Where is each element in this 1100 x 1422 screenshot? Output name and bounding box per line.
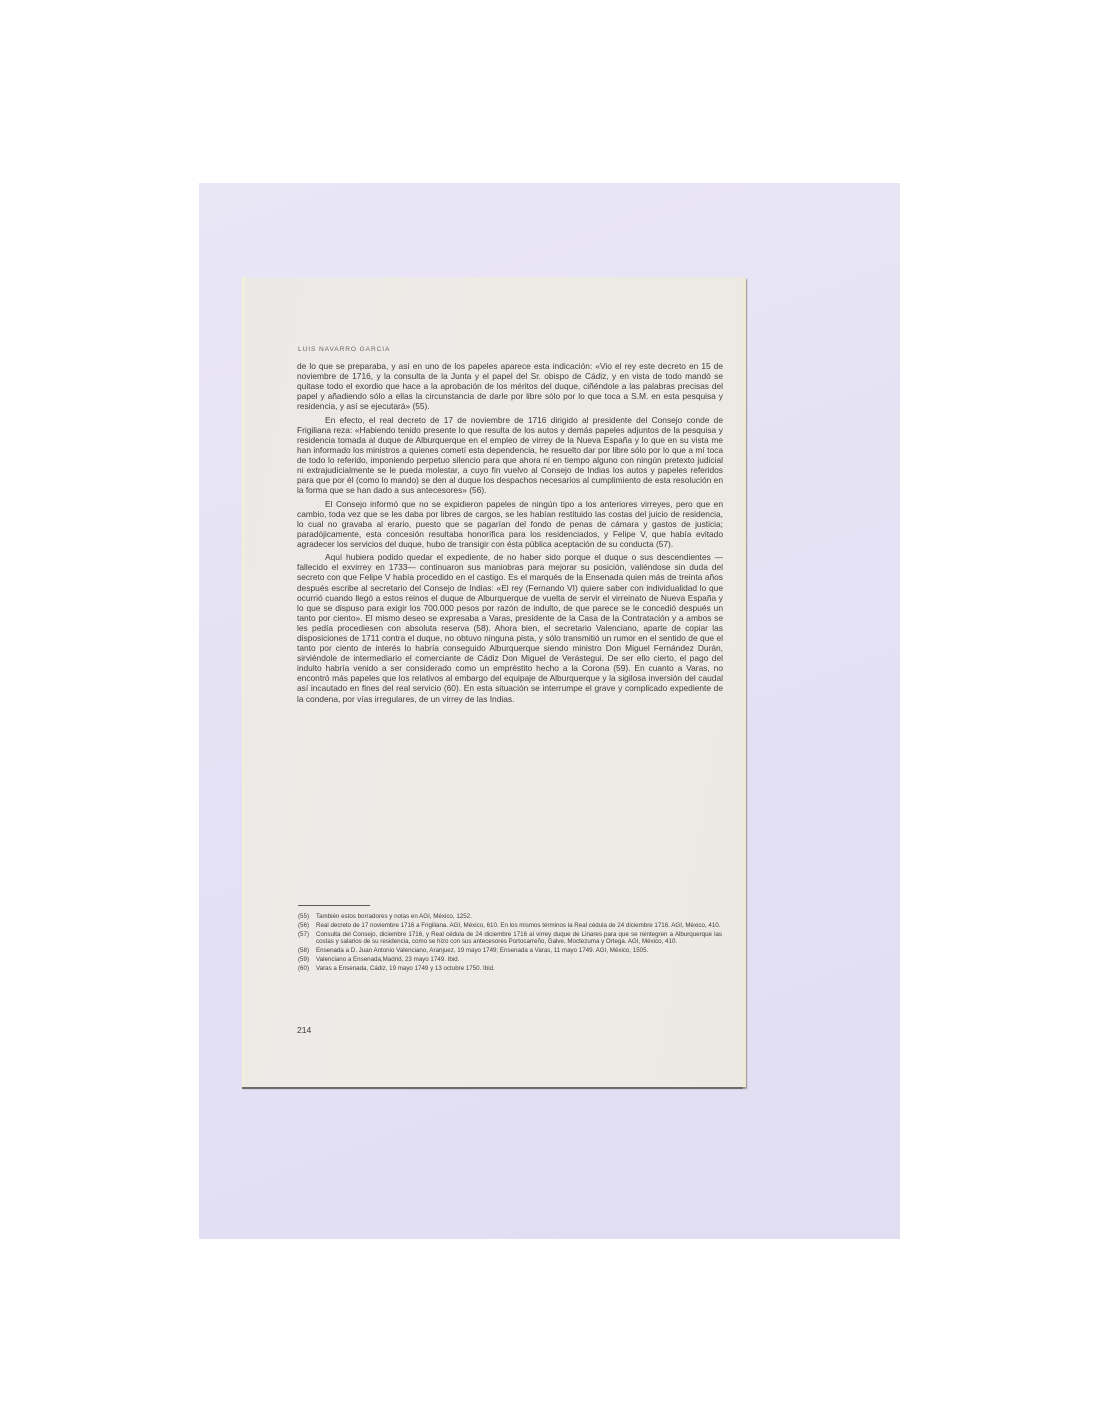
footnote-text: Varas a Ensenada, Cádiz, 19 mayo 1749 y … bbox=[316, 966, 722, 972]
paragraph: En efecto, el real decreto de 17 de novi… bbox=[297, 415, 723, 496]
footnote: (58) Ensenada a D. Juan Antonio Valencia… bbox=[298, 948, 722, 954]
footnote: (55) También estos borradores y notas en… bbox=[298, 914, 722, 920]
paragraph: Aquí hubiera podido quedar el expediente… bbox=[297, 552, 723, 703]
footnote-separator bbox=[298, 905, 370, 906]
footnote-text: También estos borradores y notas en AGI,… bbox=[316, 914, 722, 920]
footnote-text: Ensenada a D. Juan Antonio Valenciano, A… bbox=[316, 948, 722, 954]
footnote: (57) Consulta del Consejo, diciembre 171… bbox=[298, 932, 722, 945]
footnote-number: (60) bbox=[298, 966, 316, 972]
footnote: (60) Varas a Ensenada, Cádiz, 19 mayo 17… bbox=[298, 966, 722, 972]
footnote-number: (56) bbox=[298, 923, 316, 929]
footnote-number: (55) bbox=[298, 914, 316, 920]
paragraph: El Consejo informó que no se expidieron … bbox=[297, 499, 723, 549]
footnote-number: (58) bbox=[298, 948, 316, 954]
footnote-number: (59) bbox=[298, 957, 316, 963]
page-number: 214 bbox=[297, 1025, 311, 1035]
footnote: (59) Valenciano a Ensenada,Madrid, 23 ma… bbox=[298, 957, 722, 963]
page-bottom-edge bbox=[242, 1087, 743, 1089]
footnote-number: (57) bbox=[298, 932, 316, 945]
footnote: (56) Real decreto de 17 noviembre 1716 a… bbox=[298, 923, 722, 929]
footnote-text: Real decreto de 17 noviembre 1716 a Frig… bbox=[316, 923, 722, 929]
footnote-text: Valenciano a Ensenada,Madrid, 23 mayo 17… bbox=[316, 957, 722, 963]
body-text: de lo que se preparaba, y así en uno de … bbox=[297, 361, 723, 707]
book-page: LUIS NAVARRO GARCIA de lo que se prepara… bbox=[242, 277, 746, 1087]
footnote-text: Consulta del Consejo, diciembre 1716, y … bbox=[316, 932, 722, 945]
footnotes: (55) También estos borradores y notas en… bbox=[298, 914, 722, 976]
running-head-author: LUIS NAVARRO GARCIA bbox=[298, 346, 390, 353]
paragraph: de lo que se preparaba, y así en uno de … bbox=[297, 361, 723, 411]
